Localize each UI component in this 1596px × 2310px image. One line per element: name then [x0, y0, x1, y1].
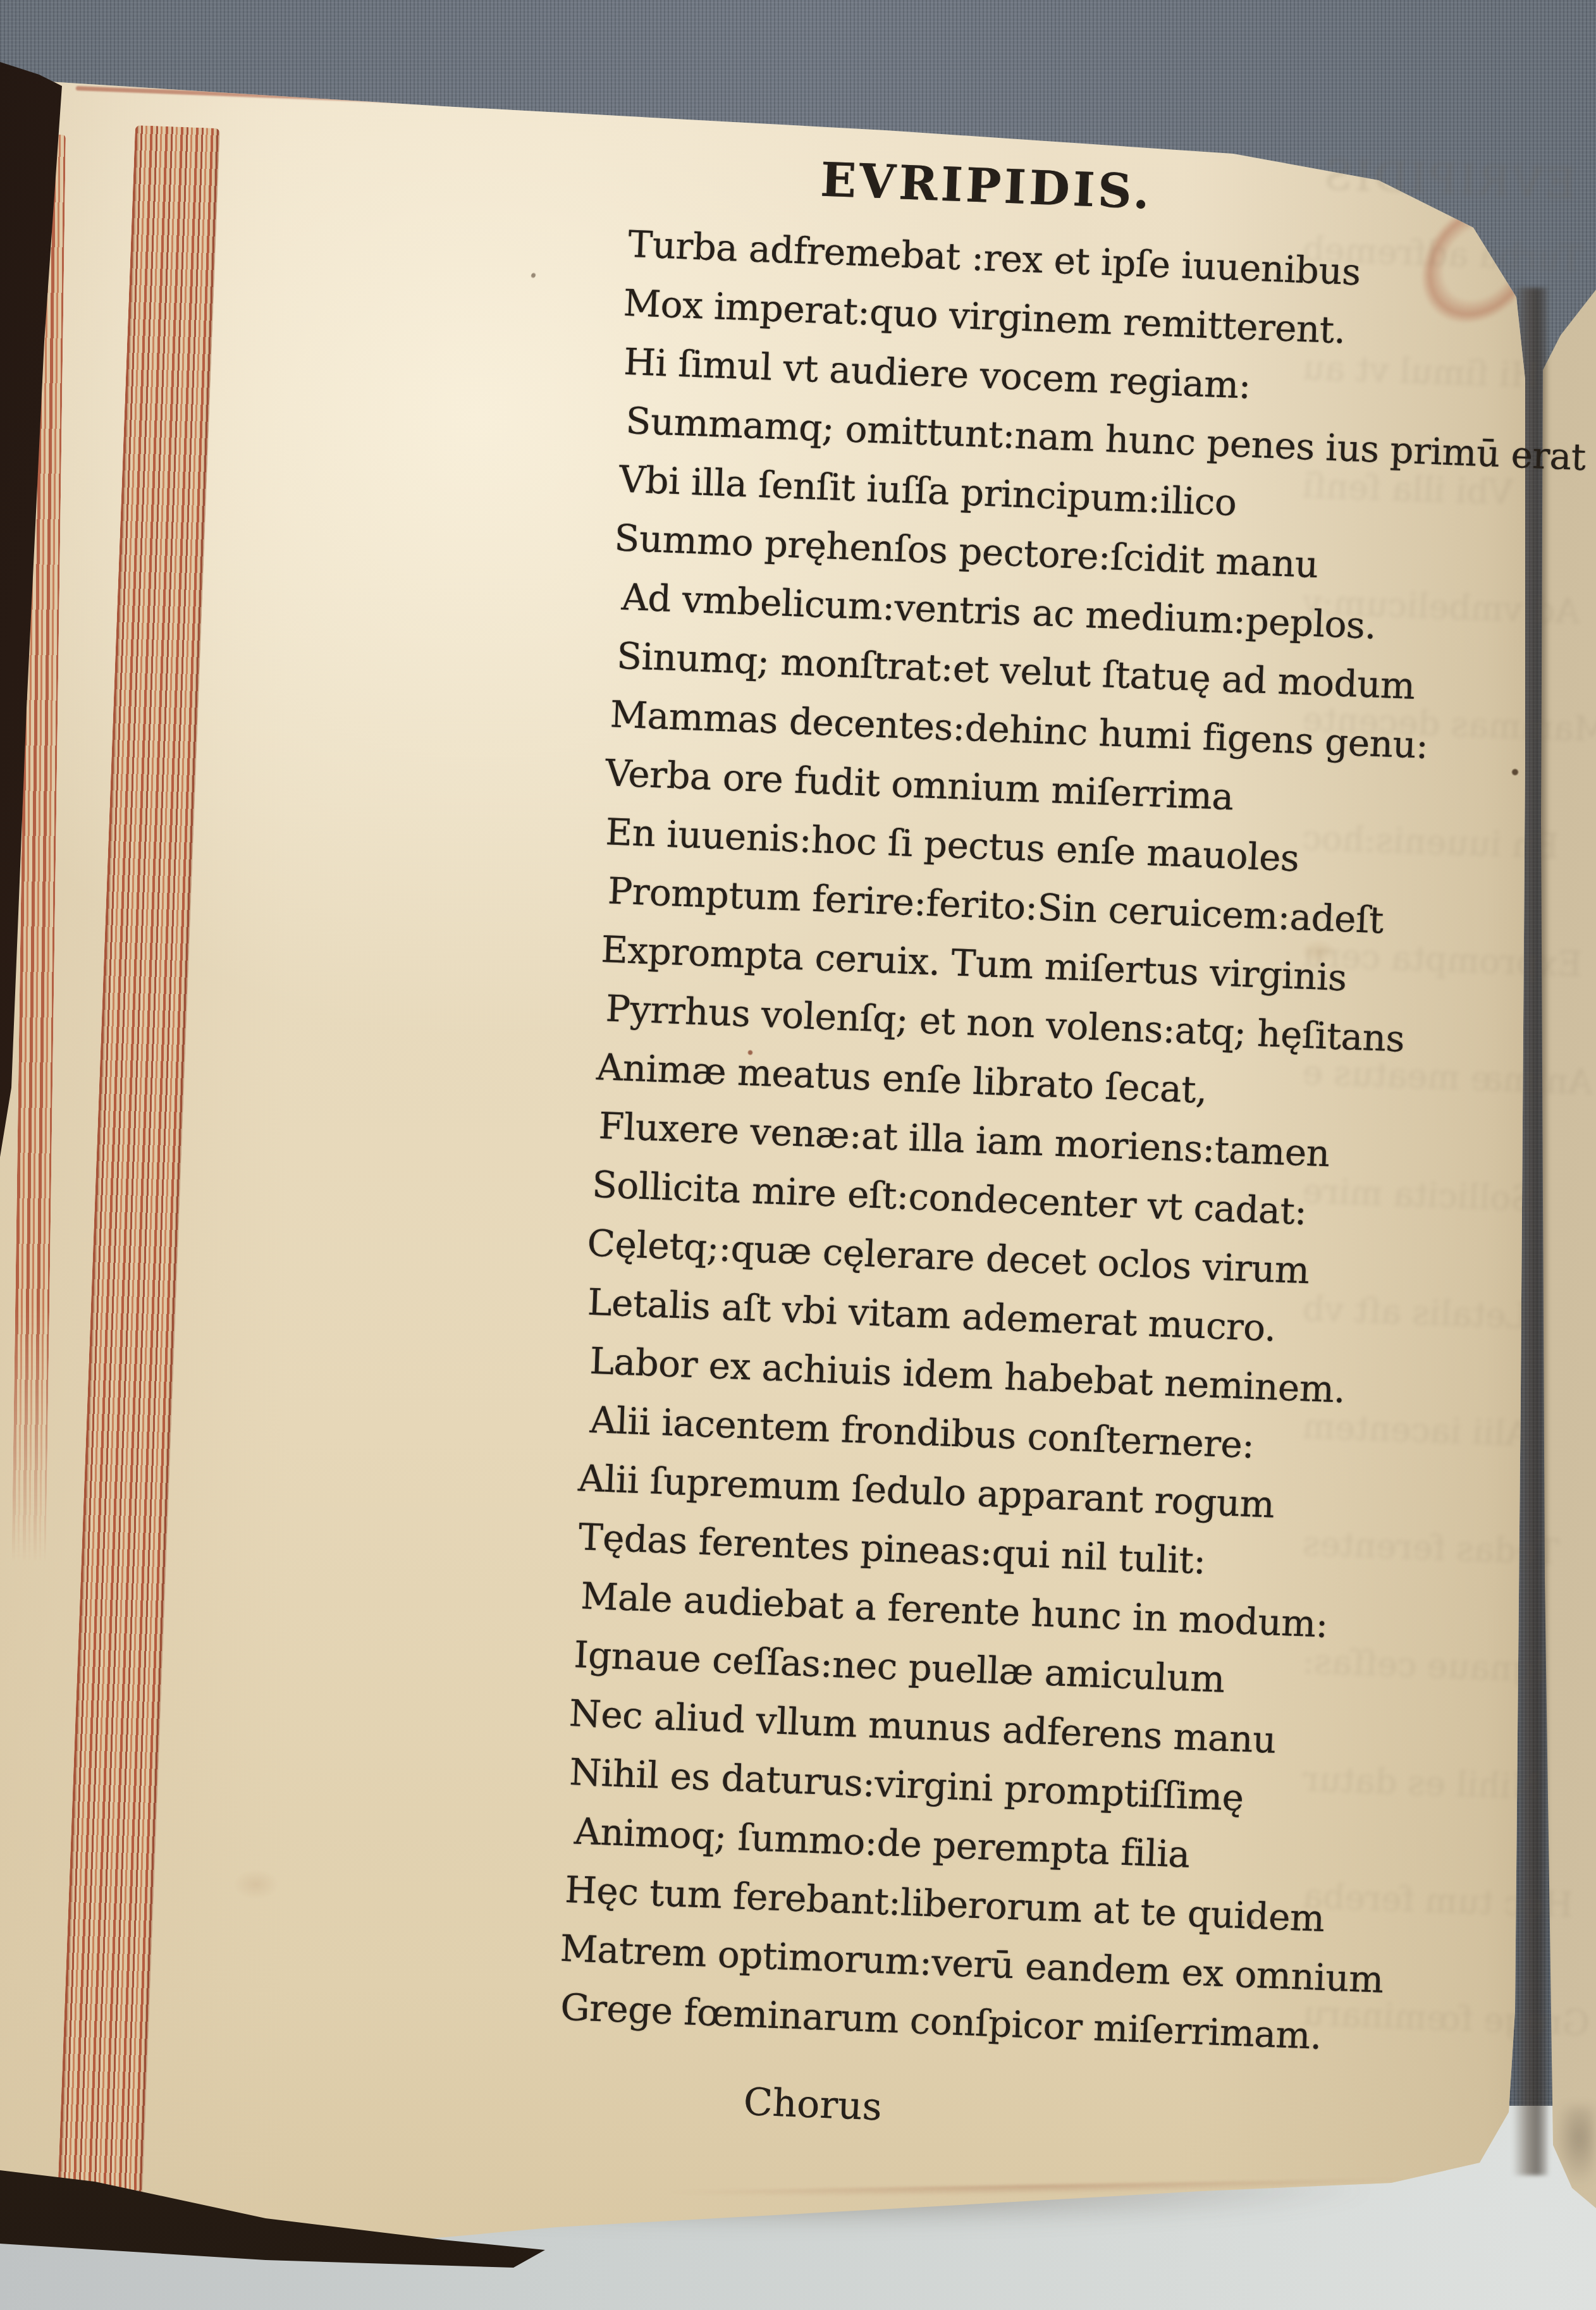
foxing-spot	[228, 1865, 285, 1903]
printed-text-block: EVRIPIDIS. Turba adfremebat :rex et ipſe…	[556, 138, 1568, 2160]
book-photo-scene: EVRIPIDISTurba adfremebHi ſimul vt auVbi…	[0, 0, 1596, 2310]
paper-speck	[530, 271, 537, 280]
verse-lines: Turba adfremebat :rex et ipſe iuuenibusM…	[560, 215, 1565, 2073]
